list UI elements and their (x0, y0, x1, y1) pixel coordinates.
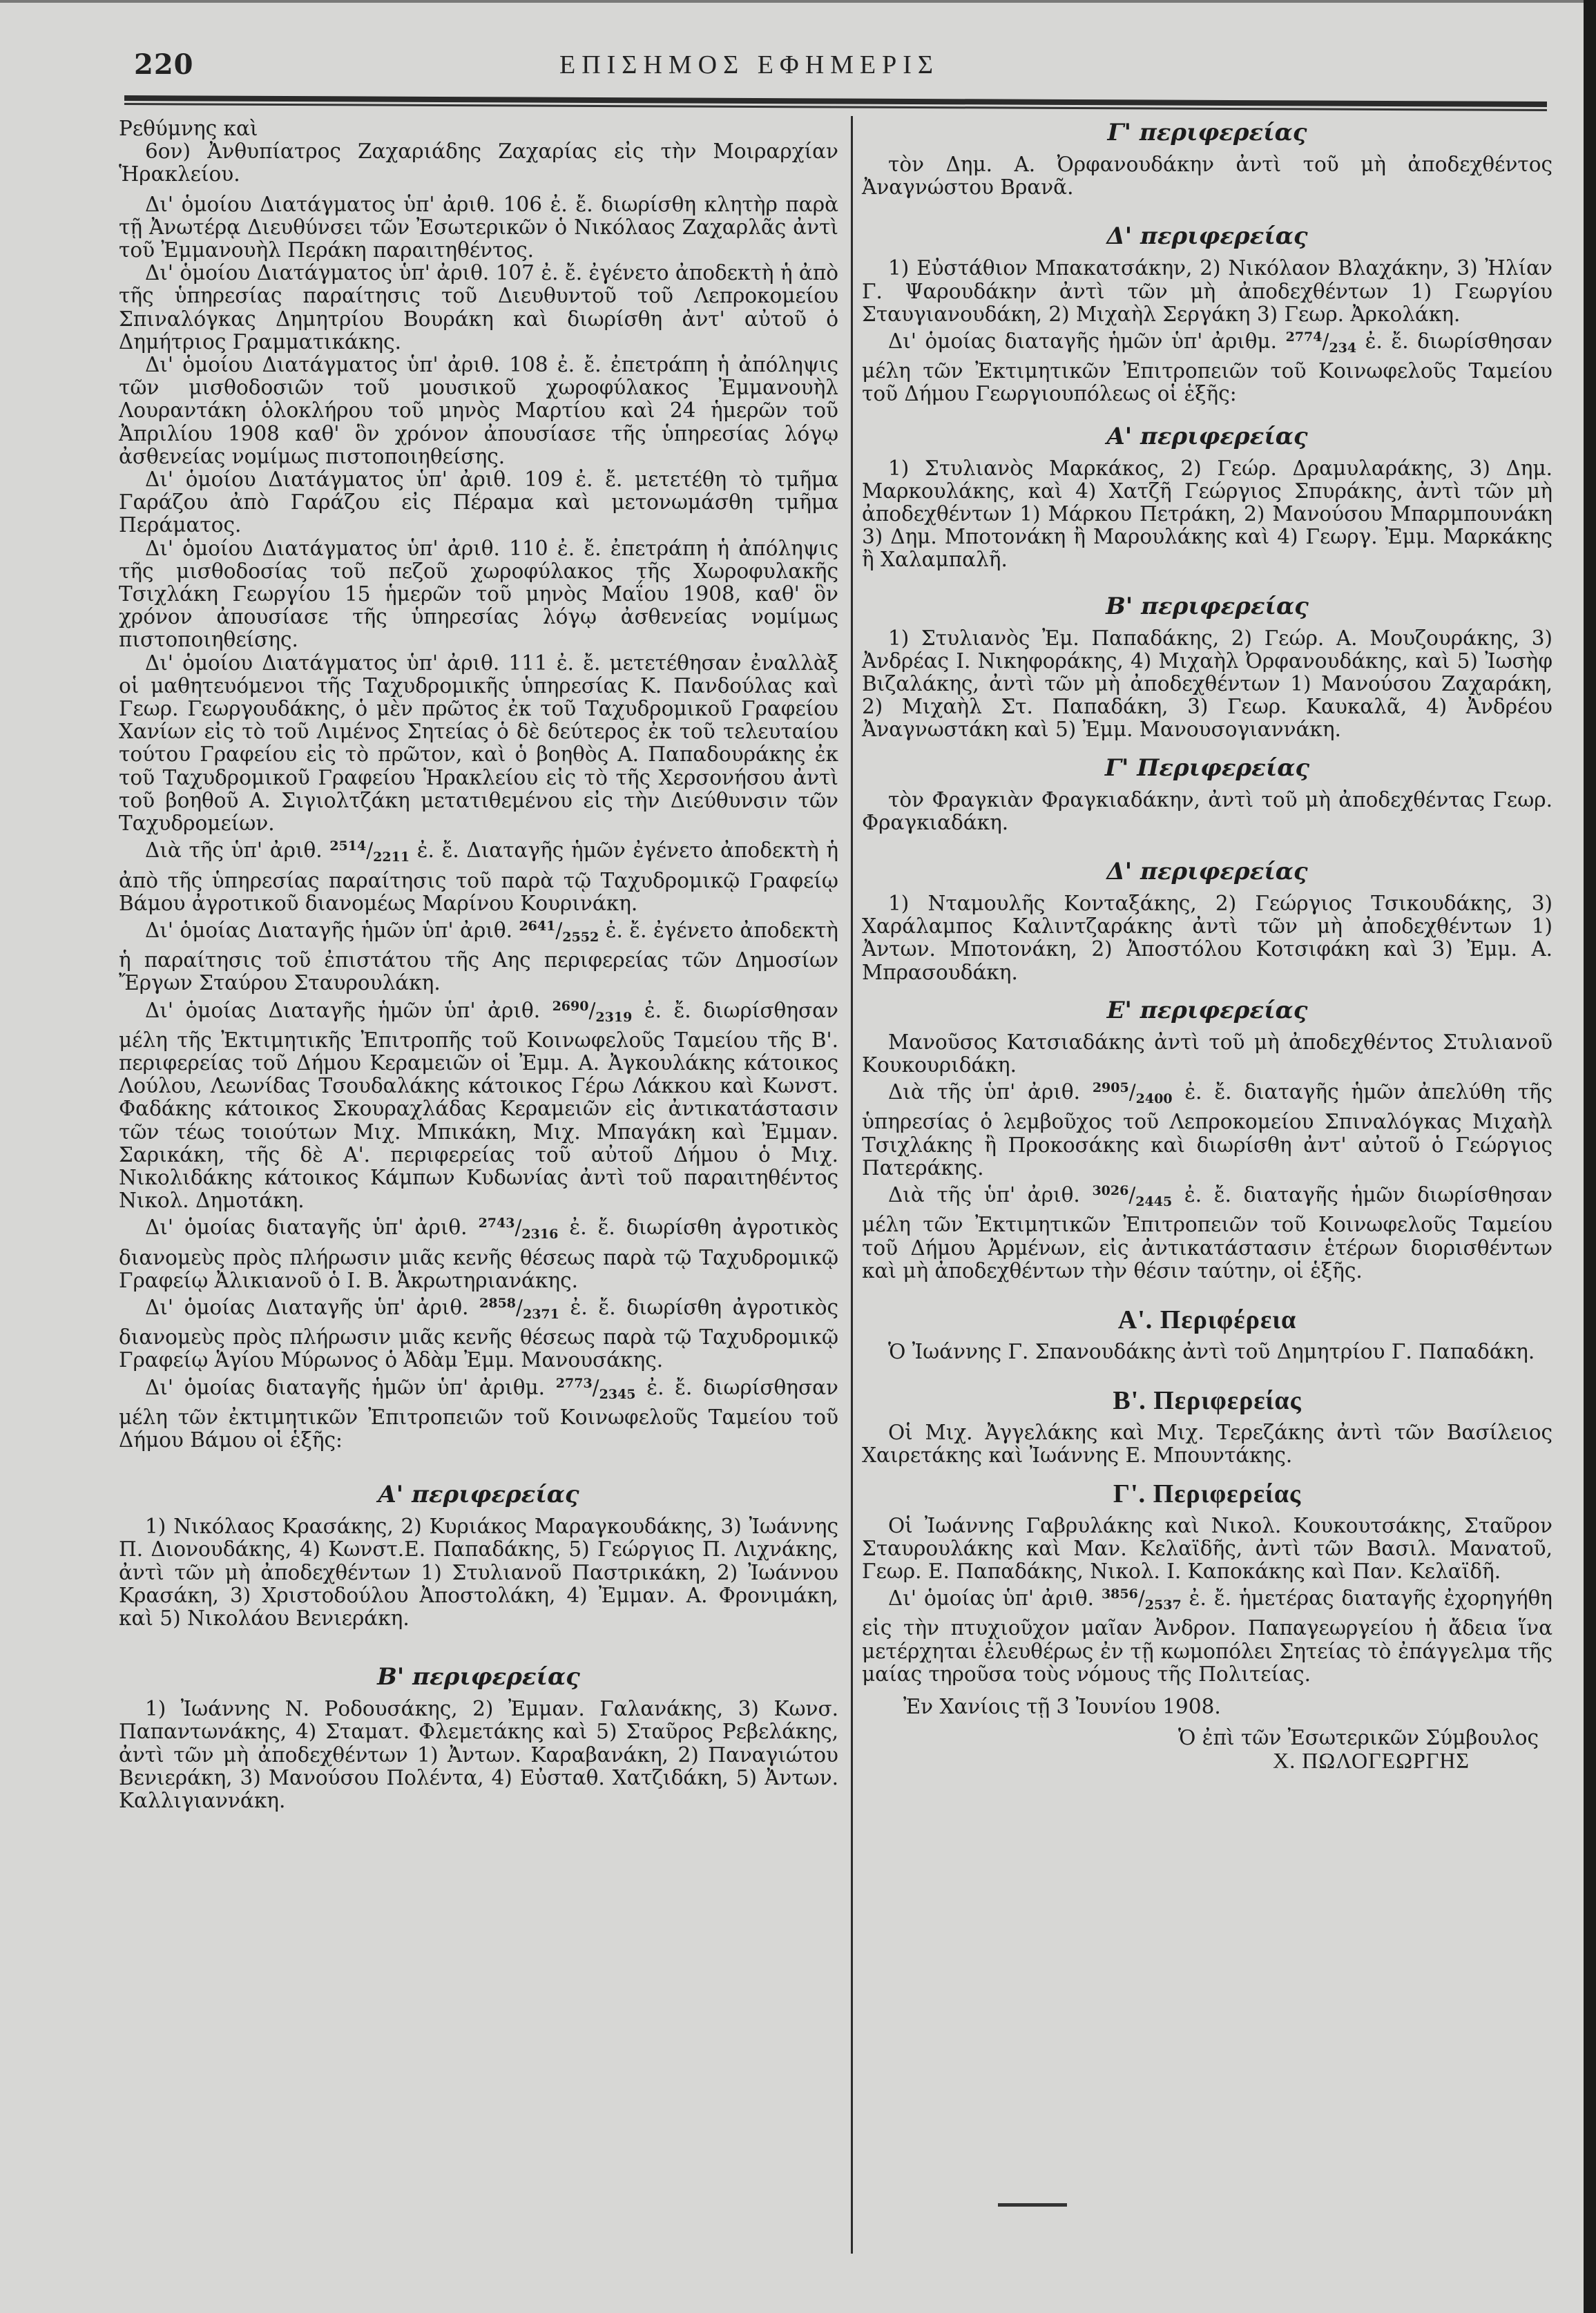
order-2514: Διὰ τῆς ὑπ' ἀριθ. 2514/2211 ἐ. ἔ. Διαταγ… (119, 835, 838, 915)
order-number: 2773/2345 (556, 1376, 636, 1399)
order-3856: Δι' ὁμοίας ὑπ' ἀριθ. 3856/2537 ἐ. ἔ. ἡμε… (862, 1583, 1552, 1686)
member-list: 1) Εὐστάθιον Μπακατσάκην, 2) Νικόλαον Βλ… (862, 257, 1552, 326)
paragraph: Ὁ Ἰωάννης Γ. Σπανουδάκης ἀντὶ τοῦ Δημητρ… (862, 1341, 1552, 1363)
section-heading-a: Α' περιφερείας (119, 1481, 838, 1508)
section-heading-a: Α' περιφερείας (862, 423, 1552, 450)
section-heading-g-upright: Γ'. Περιφερείας (862, 1480, 1552, 1508)
right-column: Γ' περιφερείας τὸν Δημ. Α. Ὀρφανουδάκην … (862, 117, 1552, 1773)
section-heading-g: Γ' Περιφερείας (862, 754, 1552, 782)
order-number: 2774/234 (1286, 329, 1357, 353)
section-heading-b-upright: Β'. Περιφερείας (862, 1387, 1552, 1414)
order-2905: Διὰ τῆς ὑπ' ἀριθ. 2905/2400 ἐ. ἔ. διαταγ… (862, 1077, 1552, 1180)
member-list: 1) Στυλιανὸς Μαρκάκος, 2) Γεώρ. Δραμυλαρ… (862, 457, 1552, 572)
order-number: 2858/2371 (479, 1296, 559, 1319)
paragraph: τὸν Δημ. Α. Ὀρφανουδάκην ἀντὶ τοῦ μὴ ἀπο… (862, 153, 1552, 199)
order-2743: Δι' ὁμοίας διαταγῆς ὑπ' ἀριθ. 2743/2316 … (119, 1212, 838, 1292)
section-heading-d: Δ' περιφερείας (862, 858, 1552, 885)
order-number: 2690/2319 (552, 999, 633, 1022)
order-number: 2905/2400 (1093, 1080, 1173, 1104)
section-heading-b: Β' περιφερείας (862, 593, 1552, 620)
page-header: 220 ΕΠΙΣΗΜΟΣ ΕΦΗΜΕΡΙΣ (117, 48, 1554, 83)
section-heading-b: Β' περιφερείας (119, 1663, 838, 1691)
date-line: Ἐν Χανίοις τῇ 3 Ἰουνίου 1908. (862, 1696, 1552, 1718)
decree-110: Δι' ὁμοίου Διατάγματος ὑπ' ἀριθ. 110 ἐ. … (119, 537, 838, 652)
decree-111: Δι' ὁμοίου Διατάγματος ὑπ' ἀριθ. 111 ἐ. … (119, 652, 838, 836)
gazette-title: ΕΠΙΣΗΜΟΣ ΕΦΗΜΕΡΙΣ (559, 50, 939, 80)
order-2773: Δι' ὁμοίας διαταγῆς ἡμῶν ὑπ' ἀριθμ. 2773… (119, 1372, 838, 1452)
order-2858: Δι' ὁμοίας Διαταγῆς ὑπ' ἀριθ. 2858/2371 … (119, 1292, 838, 1372)
page-number: 220 (134, 48, 194, 81)
order-number: 2514/2211 (329, 838, 410, 862)
paragraph: Μανοῦσος Κατσιαδάκης ἀντὶ τοῦ μὴ ἀποδεχθ… (862, 1031, 1552, 1077)
decree-106: Δι' ὁμοίου Διατάγματος ὑπ' ἀριθ. 106 ἐ. … (119, 193, 838, 262)
signature-title: Ὁ ἐπὶ τῶν Ἐσωτερικῶν Σύμβουλος (862, 1727, 1552, 1749)
closing-rule (998, 2203, 1067, 2207)
signature-name: Χ. ΠΩΛΟΓΕΩΡΓΗΣ (862, 1749, 1552, 1772)
section-heading-g: Γ' περιφερείας (862, 119, 1552, 146)
member-list: 1) Ἰωάννης Ν. Ροδουσάκης, 2) Ἐμμαν. Γαλα… (119, 1698, 838, 1812)
member-list: 1) Νικόλαος Κρασάκης, 2) Κυριάκος Μαραγκ… (119, 1515, 838, 1630)
decree-107: Δι' ὁμοίου Διατάγματος ὑπ' ἀριθ. 107 ἐ. … (119, 262, 838, 354)
page-right-edge (1584, 0, 1596, 2313)
decree-109: Δι' ὁμοίου Διατάγματος ὑπ' ἀριθ. 109 ἐ. … (119, 468, 838, 537)
paragraph: τὸν Φραγκιὰν Φραγκιαδάκην, ἀντὶ τοῦ μὴ ἀ… (862, 789, 1552, 834)
section-heading-d: Δ' περιφερείας (862, 222, 1552, 250)
paragraph: 6ον) Ἀνθυπίατρος Ζαχαριάδης Ζαχαρίας εἰς… (119, 140, 838, 186)
member-list: 1) Νταμουλῆς Κονταξάκης, 2) Γεώργιος Τσι… (862, 892, 1552, 984)
left-column: Ρεθύμνης καὶ 6ον) Ἀνθυπίατρος Ζαχαριάδης… (119, 117, 838, 1812)
paragraph: Ρεθύμνης καὶ (119, 117, 838, 140)
order-number: 3026/2445 (1092, 1183, 1172, 1207)
column-divider (851, 116, 853, 2254)
order-2774: Δι' ὁμοίας διαταγῆς ἡμῶν ὑπ' ἀριθμ. 2774… (862, 326, 1552, 406)
decree-108: Δι' ὁμοίου Διατάγματος ὑπ' ἀριθ. 108 ἐ. … (119, 354, 838, 468)
member-list: 1) Στυλιανὸς Ἐμ. Παπαδάκης, 2) Γεώρ. Α. … (862, 627, 1552, 742)
page-top-edge (0, 0, 1596, 3)
order-number: 3856/2537 (1102, 1586, 1182, 1610)
paragraph: Οἱ Ἰωάννης Γαβρυλάκης καὶ Νικολ. Κουκουτ… (862, 1515, 1552, 1584)
header-double-rule (124, 95, 1547, 111)
order-number: 2641/2552 (519, 919, 599, 942)
section-heading-e: Ε' περιφερείας (862, 997, 1552, 1024)
order-2641: Δι' ὁμοίας Διαταγῆς ἡμῶν ὑπ' ἀριθ. 2641/… (119, 915, 838, 995)
section-heading-a-upright: Α'. Περιφέρεια (862, 1306, 1552, 1334)
order-number: 2743/2316 (479, 1216, 559, 1239)
order-2690: Δι' ὁμοίας Διαταγῆς ἡμῶν ὑπ' ἀριθ. 2690/… (119, 995, 838, 1213)
order-3026: Διὰ τῆς ὑπ' ἀριθ. 3026/2445 ἐ. ἔ. διαταγ… (862, 1180, 1552, 1283)
paragraph: Οἱ Μιχ. Ἀγγελάκης καὶ Μιχ. Τερεζάκης ἀντ… (862, 1421, 1552, 1467)
